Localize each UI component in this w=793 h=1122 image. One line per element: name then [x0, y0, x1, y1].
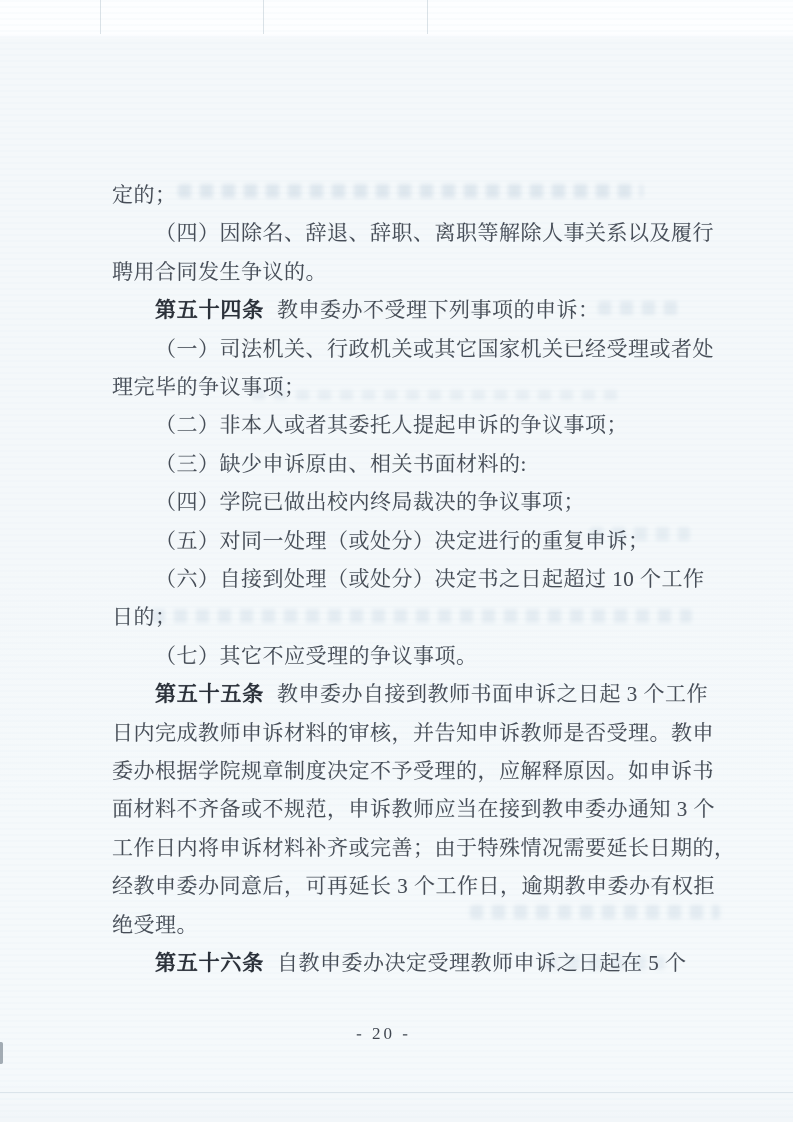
- text-line: 日内完成教师申诉材料的审核，并告知申诉教师是否受理。教申: [112, 721, 714, 746]
- bleed-through-ghost: [152, 609, 692, 623]
- line-text: 绝受理。: [112, 913, 198, 937]
- line-text: 教申委办自接到教师书面申诉之日起 3 个工作: [277, 682, 708, 706]
- line-text: （七）其它不应受理的争议事项。: [155, 644, 478, 668]
- article-number: 第五十四条: [155, 299, 264, 322]
- text-line: （二）非本人或者其委托人提起申诉的争议事项；: [155, 413, 628, 438]
- bleed-through-ghost: [470, 905, 720, 919]
- text-line: （一）司法机关、行政机关或其它国家机关已经受理或者处: [155, 337, 714, 362]
- line-text: （四）因除名、辞退、辞职、离职等解除人事关系以及履行: [155, 221, 714, 245]
- line-text: 经教申委办同意后，可再延长 3 个工作日，逾期教申委办有权拒: [112, 874, 715, 898]
- text-line: 聘用合同发生争议的。: [112, 260, 327, 285]
- line-text: （六）自接到处理（或处分）决定书之日起超过 10 个工作: [155, 567, 705, 591]
- line-text: 日内完成教师申诉材料的审核，并告知申诉教师是否受理。教申: [112, 721, 714, 745]
- line-text: 日的；: [112, 605, 177, 629]
- line-text: （三）缺少申诉原由、相关书面材料的:: [155, 452, 527, 476]
- line-text: 面材料不齐备或不规范，申诉教师应当在接到教申委办通知 3 个: [112, 797, 715, 821]
- text-line: （六）自接到处理（或处分）决定书之日起超过 10 个工作: [155, 567, 705, 592]
- line-text: 委办根据学院规章制度决定不予受理的，应解释原因。如申诉书: [112, 759, 714, 783]
- text-line: 面材料不齐备或不规范，申诉教师应当在接到教申委办通知 3 个: [112, 797, 715, 822]
- page-number: - 20 -: [356, 1024, 411, 1043]
- scan-band-line: [0, 1092, 793, 1093]
- line-text: （一）司法机关、行政机关或其它国家机关已经受理或者处: [155, 337, 714, 361]
- line-text: 工作日内将申诉材料补齐或完善；由于特殊情况需要延长日期的，: [112, 836, 736, 860]
- bleed-through-ghost: [598, 301, 686, 315]
- text-line: 绝受理。: [112, 913, 198, 938]
- line-text: 教申委办不受理下列事项的申诉：: [277, 298, 600, 322]
- line-text: （二）非本人或者其委托人提起申诉的争议事项；: [155, 413, 628, 437]
- line-text: 理完毕的争议事项；: [112, 375, 306, 399]
- bleed-through-ghost: [252, 390, 622, 400]
- page-footer: - 20 -: [0, 1024, 780, 1044]
- text-line: 理完毕的争议事项；: [112, 375, 306, 400]
- text-line: 工作日内将申诉材料补齐或完善；由于特殊情况需要延长日期的，: [112, 836, 736, 861]
- line-text: 聘用合同发生争议的。: [112, 260, 327, 284]
- document-page: 定的；（四）因除名、辞退、辞职、离职等解除人事关系以及履行聘用合同发生争议的。第…: [0, 0, 793, 1122]
- scan-streak: [100, 0, 101, 34]
- scan-streak: [263, 0, 264, 34]
- article-number: 第五十五条: [155, 683, 264, 706]
- scan-streak: [427, 0, 428, 34]
- text-line: 第五十六条自教申委办决定受理教师申诉之日起在 5 个: [155, 951, 687, 976]
- text-line: 经教申委办同意后，可再延长 3 个工作日，逾期教申委办有权拒: [112, 874, 715, 899]
- text-line: 第五十四条教申委办不受理下列事项的申诉：: [155, 298, 600, 323]
- line-text: 自教申委办决定受理教师申诉之日起在 5 个: [277, 951, 687, 975]
- scan-edge-artifact: [0, 1042, 3, 1064]
- text-line: （五）对同一处理（或处分）决定进行的重复申诉；: [155, 529, 650, 554]
- text-line: （七）其它不应受理的争议事项。: [155, 644, 478, 669]
- text-line: （四）因除名、辞退、辞职、离职等解除人事关系以及履行: [155, 221, 714, 246]
- line-text: （五）对同一处理（或处分）决定进行的重复申诉；: [155, 529, 650, 553]
- bleed-through-ghost: [178, 184, 643, 198]
- line-text: （四）学院已做出校内终局裁决的争议事项；: [155, 490, 585, 514]
- line-text: 定的；: [112, 183, 177, 207]
- text-line: 第五十五条教申委办自接到教师书面申诉之日起 3 个工作: [155, 682, 708, 707]
- text-line: 日的；: [112, 605, 177, 630]
- text-line: （四）学院已做出校内终局裁决的争议事项；: [155, 490, 585, 515]
- text-line: （三）缺少申诉原由、相关书面材料的:: [155, 452, 527, 477]
- text-line: 定的；: [112, 183, 177, 208]
- article-number: 第五十六条: [155, 952, 264, 975]
- text-line: 委办根据学院规章制度决定不予受理的，应解释原因。如申诉书: [112, 759, 714, 784]
